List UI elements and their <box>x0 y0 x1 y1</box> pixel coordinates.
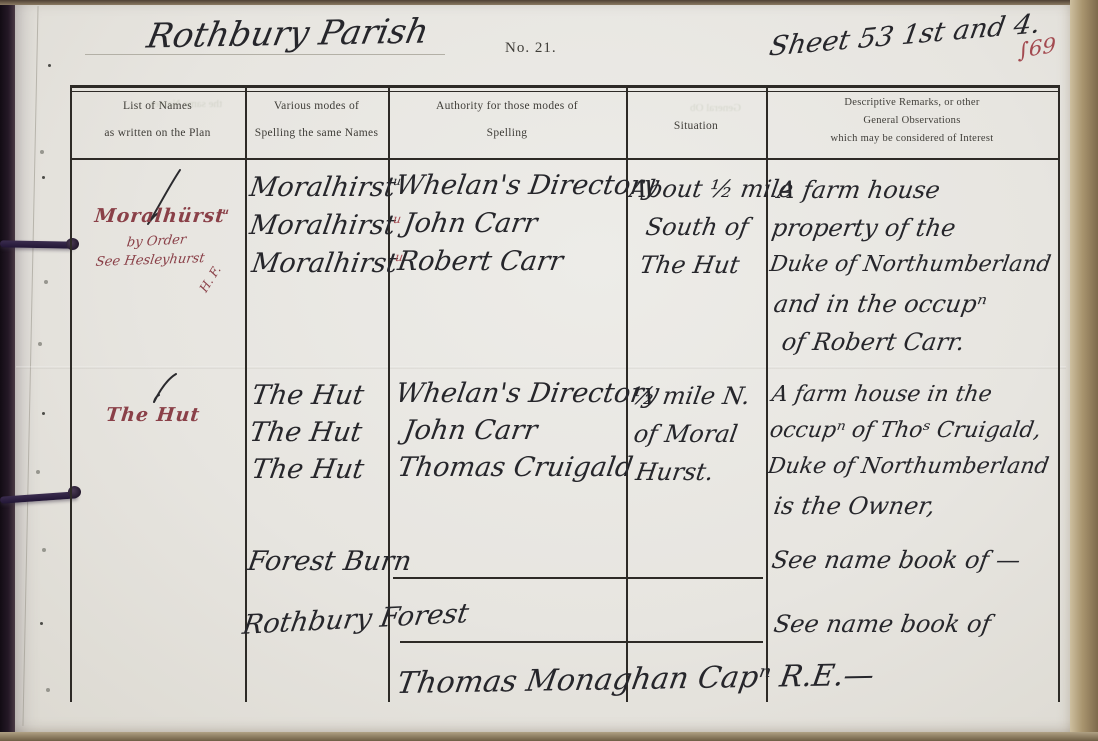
col5-header-line1: Descriptive Remarks, or other <box>768 97 1056 108</box>
authority-line: John Carr <box>402 208 540 239</box>
paper-speck <box>40 622 43 625</box>
stitching-thread <box>0 240 74 248</box>
punch-hole <box>42 548 46 552</box>
punch-hole <box>38 342 42 346</box>
book-binding-strip <box>0 0 15 741</box>
table-top-rule-inner <box>70 91 1060 92</box>
remark-line: is the Owner, <box>772 492 937 520</box>
photo-edge-right <box>1070 0 1098 741</box>
table-vertical-right <box>1058 86 1060 702</box>
remark-line: and in the occupⁿ <box>772 290 989 318</box>
title-underline <box>85 54 445 55</box>
superscript-u: u <box>222 207 230 217</box>
name-forest-burn: Forest Burn <box>246 546 414 577</box>
spelling-line: Moralhirstu <box>250 248 405 279</box>
remark-line: of Robert Carr. <box>780 328 967 356</box>
paper-speck <box>42 176 45 179</box>
col3-header-line2: Spelling <box>390 127 624 139</box>
table-vertical-left <box>70 86 72 702</box>
col5-header-line2: General Observations <box>768 115 1056 126</box>
situation-line: South of <box>644 213 751 241</box>
authority-line: Whelan's Directory <box>394 378 662 409</box>
margin-name-moralhurst: Moralhürstu <box>91 205 233 227</box>
authority-line: Thomas Cruigald <box>396 452 636 483</box>
photo-edge-top <box>0 0 1098 5</box>
page-number-label: No. 21. <box>505 40 557 57</box>
parish-title-handwritten: Rothbury Parish <box>144 12 432 57</box>
situation-line: The Hut <box>638 251 742 279</box>
margin-note-by-order: by Order <box>126 232 187 250</box>
paper-speck <box>42 412 45 415</box>
paper-speck <box>48 64 51 67</box>
spelling-line: The Hut <box>248 417 365 448</box>
col2-header-line2: Spelling the same Names <box>247 127 386 139</box>
punch-hole <box>40 150 44 154</box>
bleed-through-text: the same Names <box>150 98 222 110</box>
remark-line: See name book of <box>772 610 993 638</box>
table-top-rule <box>70 85 1060 88</box>
col1-header-line2: as written on the Plan <box>72 127 243 139</box>
col4-header: Situation <box>628 120 764 132</box>
remark-line: A farm house <box>776 176 942 204</box>
authority-line: John Carr <box>402 415 540 446</box>
spelling-line: Moralhirstu <box>248 172 403 203</box>
blank-entry-dash-line <box>400 641 763 643</box>
spelling-line: Moralhirstu <box>248 210 403 241</box>
authority-line: Robert Carr <box>396 246 566 277</box>
remark-line: Duke of Northumberland <box>768 252 1053 277</box>
col5-header-line3: which may be considered of Interest <box>768 133 1056 144</box>
paper-crease <box>16 366 1066 369</box>
col3-header-line1: Authority for those modes of <box>390 100 624 112</box>
situation-line: ½ mile N. <box>630 382 752 410</box>
spelling-line: The Hut <box>250 380 367 411</box>
col2-header-line1: Various modes of <box>247 100 386 112</box>
remark-line: A farm house in the <box>770 382 994 407</box>
remark-line: See name book of — <box>770 546 1023 574</box>
punch-hole <box>36 470 40 474</box>
bleed-through-text: General Ob <box>690 102 741 114</box>
situation-line: Hurst. <box>634 458 716 486</box>
remark-line: property of the <box>770 214 958 242</box>
authority-line: Whelan's Directory <box>394 170 662 201</box>
remark-line: occupⁿ of Thoˢ Cruigald, <box>768 418 1043 443</box>
situation-line: About ½ mile <box>628 175 796 203</box>
scanned-document-photo: Rothbury Parish No. 21. Sheet 53 1st and… <box>0 0 1098 741</box>
punch-hole <box>44 280 48 284</box>
thread-knot <box>66 238 79 250</box>
spelling-line: The Hut <box>250 454 367 485</box>
header-bottom-rule <box>70 158 1060 160</box>
photo-edge-bottom <box>0 732 1098 741</box>
situation-line: of Moral <box>632 420 740 448</box>
blank-entry-dash-line <box>393 577 763 579</box>
punch-hole <box>46 688 50 692</box>
margin-name-the-hut: The Hut <box>105 404 202 426</box>
remark-line: Duke of Northumberland <box>766 454 1051 479</box>
